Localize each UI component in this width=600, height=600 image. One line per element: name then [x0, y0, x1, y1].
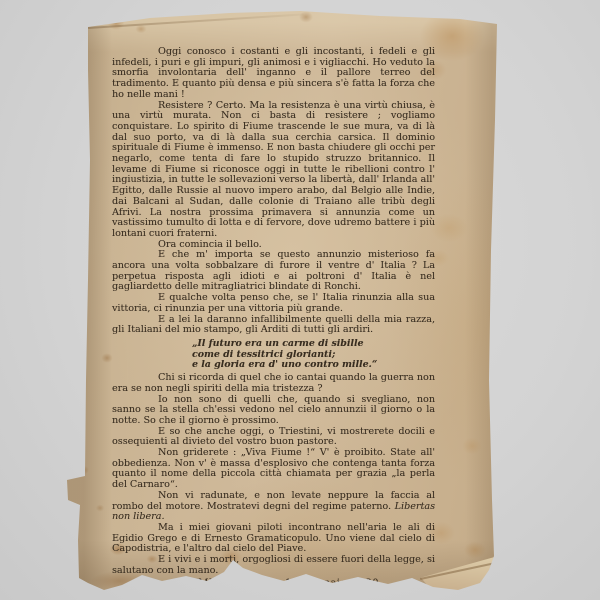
paragraph: Non griderete : „Viva Fiume !“ V' è proi…: [112, 448, 435, 491]
document-page: Oggi conosco i costanti e gli incostanti…: [0, 0, 600, 600]
paragraph: E a lei la daranno infallibilmente quell…: [112, 315, 435, 336]
paragraph: Io non sono di quelli che, quando si sve…: [112, 395, 435, 427]
paragraph: Non vi radunate, e non levate neppure la…: [112, 491, 435, 523]
paragraph: E qualche volta penso che, se l' Italia …: [112, 293, 435, 314]
poem-quote: „Il futuro era un carme di sibille come …: [192, 339, 435, 371]
paragraph: Resistere ? Certo. Ma la resistenza è un…: [112, 101, 435, 240]
top-left-crease: [88, 13, 304, 29]
paragraph: Chi si ricorda di quel che io cantai qua…: [112, 373, 435, 394]
quote-line: e la gloria era d' uno contro mille.“: [192, 360, 435, 371]
dateline: FIUME D' ITALIA, 11 gennaio 1920.: [112, 579, 435, 590]
signature: Gabriele d'Annunzio.: [112, 594, 425, 600]
document-text: Oggi conosco i costanti e gli incostanti…: [112, 47, 435, 600]
paragraph: E so che anche oggi, o Triestini, vi mos…: [112, 427, 435, 448]
paragraph: E che m' importa se questo annunzio mist…: [112, 250, 435, 293]
paragraph-text: Non vi radunate, e non levate neppure la…: [112, 490, 435, 512]
paragraph: E i vivi e i morti, orgogliosi di essere…: [112, 555, 435, 576]
paragraph: Oggi conosco i costanti e gli incostanti…: [112, 47, 435, 101]
paragraph: Ma i miei giovani piloti incontrano nell…: [112, 523, 435, 555]
photo-background: Oggi conosco i costanti e gli incostanti…: [0, 0, 600, 600]
